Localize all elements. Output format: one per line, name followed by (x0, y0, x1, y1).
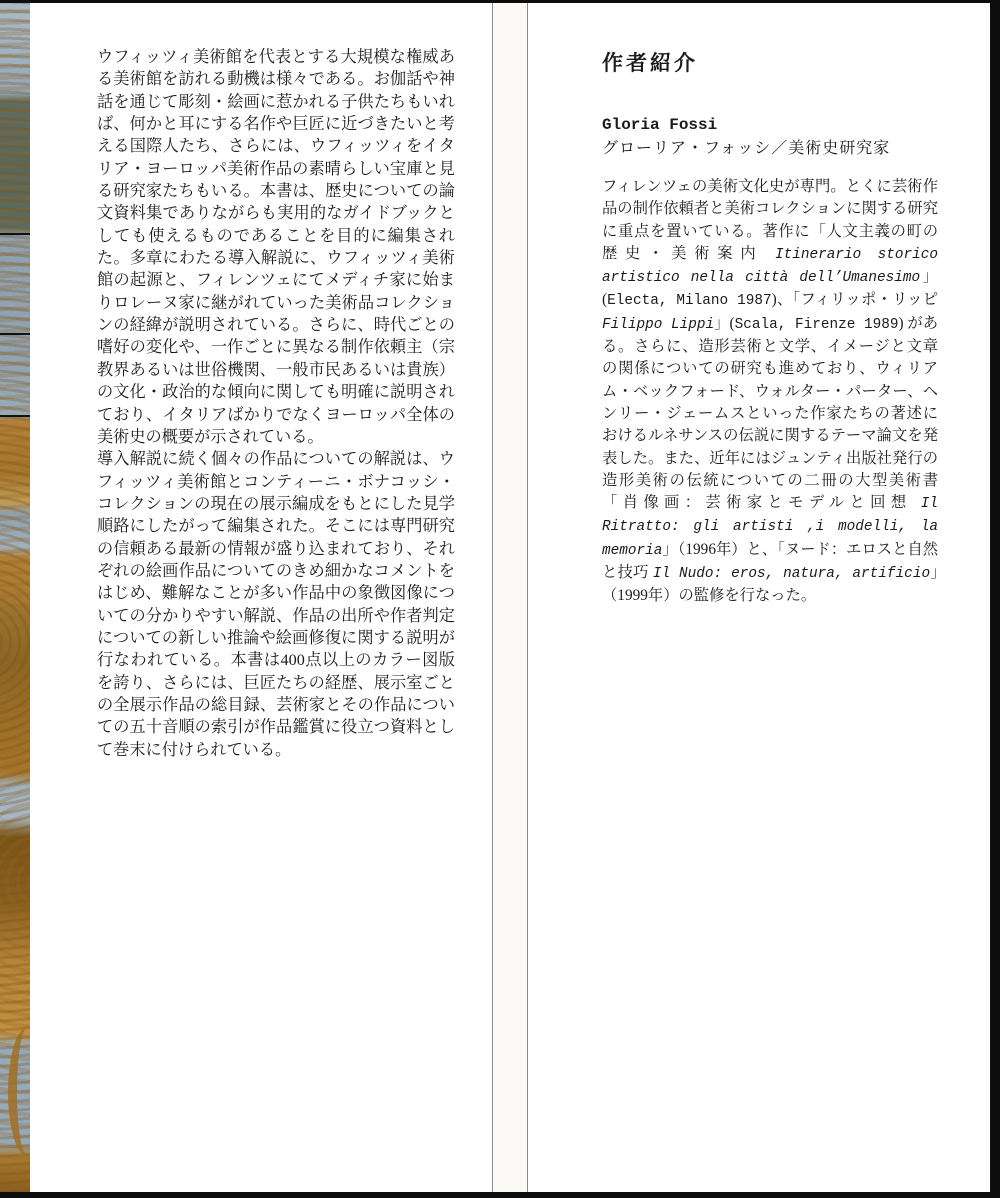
right-page-edge-line (527, 3, 528, 1192)
section-heading: 作者紹介 (602, 50, 938, 76)
bio-text: )、「フィリッポ・リッピ (772, 291, 938, 308)
left-page-edge-line (492, 3, 493, 1192)
author-name-japanese: グローリア・フォッシ／美術史研究家 (602, 137, 938, 161)
bio-latin-title: Filippo Lippi (602, 317, 714, 333)
body-paragraph: ウフィッツィ美術館を代表とする大規模な権威ある美術館を訪れる動機は様々である。お… (97, 46, 455, 448)
book-spread: ウフィッツィ美術館を代表とする大規模な権威ある美術館を訪れる動機は様々である。お… (0, 0, 1000, 1198)
top-border (0, 0, 1000, 3)
bio-latin-title: Scala, Firenze 1989 (735, 317, 899, 333)
author-bio: フィレンツェの美術文化史が専門。とくに芸術作品の制作依頼者と美術コレクションに関… (602, 176, 938, 608)
artwork-frame-line (0, 233, 30, 235)
bio-latin-title: Il Nudo: eros, natura, artificio (653, 566, 930, 582)
right-column: 作者紹介 Gloria Fossi グローリア・フォッシ／美術史研究家 フィレン… (602, 50, 938, 608)
bottom-border (0, 1192, 1000, 1198)
page-gutter (492, 3, 528, 1192)
bio-latin-title: Electa, Milano 1987 (607, 293, 771, 309)
artwork-frame-line (0, 333, 30, 335)
painting-edge-strip (0, 2, 30, 1192)
left-column-text: ウフィッツィ美術館を代表とする大規模な権威ある美術館を訪れる動機は様々である。お… (97, 46, 455, 761)
right-border (990, 0, 1000, 1198)
artwork-frame-line (0, 415, 30, 417)
bio-text: ) がある。さらに、造形芸術と文学、イメージと文章の関係についての研究も進めてお… (602, 315, 938, 511)
bio-text: 」( (714, 315, 734, 332)
author-name-latin: Gloria Fossi (602, 113, 938, 137)
body-paragraph: 導入解説に続く個々の作品についての解説は、ウフィッツィ美術館とコンティーニ・ボナ… (97, 448, 455, 761)
hair-swirl-detail (8, 1027, 48, 1157)
